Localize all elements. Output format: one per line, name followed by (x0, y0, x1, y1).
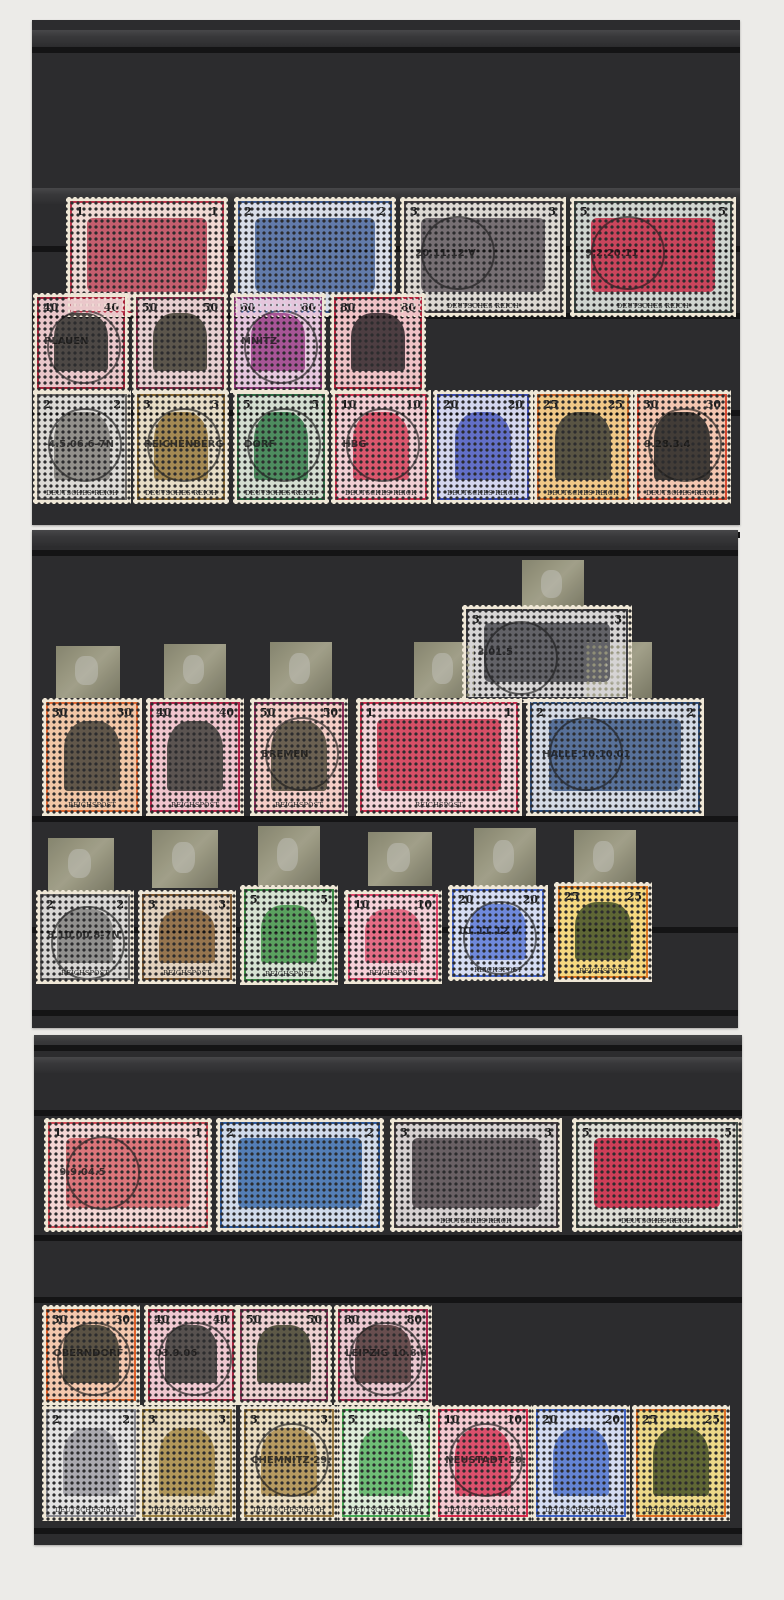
stamp-legend: DEUTSCHES REICH (346, 1506, 426, 1514)
postmark-text: 9.9.04.5 (59, 1167, 105, 1178)
stamp-legend: REICHSPOST (258, 801, 340, 809)
stamp-legend: REICHSPOST (562, 967, 644, 975)
stamp-value-right: 10 (406, 398, 421, 411)
stamp-value-right: 3 (320, 1413, 328, 1426)
postmark-text: 9.28.3.4 (644, 439, 690, 450)
stamp-value-right: 3 (614, 613, 622, 626)
stamp-legend: DEUTSCHES REICH (540, 1506, 622, 1514)
stamp-design: 119.9.04.5 (48, 1122, 208, 1228)
stamp[interactable]: 22DEUTSCHES REICH-4.5.06.6-7N (33, 390, 131, 504)
stamp-value-right: 25 (627, 890, 642, 903)
stamp-value-right: 3 (218, 898, 226, 911)
stamp-value-left: 30 (52, 1313, 67, 1326)
stamp[interactable]: 2525DEUTSCHES REICH (632, 1405, 730, 1521)
stamp-value-left: 3 (472, 613, 480, 626)
stamp-value-right: 5 (320, 893, 328, 906)
postmark-text: -4.5.06.6-7N (44, 439, 114, 450)
postmark-text: 3.01.5 (477, 647, 512, 658)
stamp-hinge (258, 826, 320, 886)
stamp[interactable]: 55DEUTSCHES REICH (338, 1405, 434, 1521)
stamp-design: 6060MNITZ (234, 297, 322, 389)
stock-strip (34, 1110, 742, 1116)
postmark-text: LEIPZIG 10.8.07 (345, 1348, 428, 1359)
stamp-design: 1010DEUTSCHES REICHHBG (335, 394, 427, 500)
stamp[interactable]: 11REICHSPOST (356, 698, 522, 816)
stamp-design: 55DEUTSCHES REICH9.2.20.11 (574, 201, 732, 313)
stamp[interactable]: 404003.9.06 (144, 1305, 238, 1405)
stamp-value-left: 30 (52, 706, 67, 719)
stamp[interactable]: 4040PLAUEN (33, 293, 129, 393)
stamp[interactable]: 1010DEUTSCHES REICHNEUSTADT 20.4.05 (434, 1405, 532, 1521)
stamp-design: 1010DEUTSCHES REICHNEUSTADT 20.4.05 (438, 1409, 528, 1517)
stamp-design: 2525REICHSPOST (558, 886, 648, 978)
stamp[interactable]: 55DEUTSCHES REICH (572, 1118, 742, 1232)
stamp-legend: DEUTSCHES REICH (50, 1506, 132, 1514)
stamp-value-right: 40 (104, 301, 119, 314)
stamp-value-right: 5 (724, 1126, 732, 1139)
stamp-value-right: 3 (544, 1126, 552, 1139)
stamp[interactable]: 6060MNITZ (230, 293, 326, 393)
stamp-legend: DEUTSCHES REICH (339, 489, 423, 497)
stamp-design: 1010REICHSPOST (348, 894, 438, 980)
stamp-legend: DEUTSCHES REICH (146, 1506, 228, 1514)
stamp-value-left: 80 (344, 1313, 359, 1326)
stamp-legend: DEUTSCHES REICH (640, 1506, 722, 1514)
stamp-value-left: 25 (642, 1413, 657, 1426)
postmark-text: REICHENBERG (144, 439, 224, 450)
postmark-ring (484, 621, 558, 695)
stamp-value-left: 25 (543, 398, 558, 411)
stamp-legend: REICHSPOST (146, 969, 228, 977)
stamp-design: 2525DEUTSCHES REICH (636, 1409, 726, 1517)
stamp-value-right: 2 (366, 1126, 374, 1139)
protective-film-strip (32, 530, 738, 546)
stamp-hinge (56, 646, 120, 698)
stamp-value-right: 5 (718, 205, 726, 218)
stamp-value-right: 10 (507, 1413, 522, 1426)
stock-strip (32, 816, 738, 822)
stamp-legend: DEUTSCHES REICH (442, 1506, 524, 1514)
stamp-value-left: 1 (54, 1126, 62, 1139)
postmark-text: CHEMNITZ 29.7.12 (251, 1455, 334, 1466)
stamp[interactable]: 8080 (330, 293, 426, 393)
stamp-design: 3030REICHSPOST (46, 702, 138, 812)
stamp-legend: DEUTSCHES REICH (541, 489, 625, 497)
stamp[interactable]: 5050 (132, 293, 228, 393)
stamp-value-left: 1 (76, 205, 84, 218)
stamp-design: 33REICHSPOST (142, 894, 232, 980)
stamp[interactable]: 22DEUTSCHES REICH (42, 1405, 140, 1521)
stamp-design: 4040REICHSPOST (150, 702, 240, 812)
stamp-value-left: 30 (643, 398, 658, 411)
stamp-design: 8080LEIPZIG 10.8.07 (338, 1309, 428, 1401)
stamp-value-left: 2 (226, 1126, 234, 1139)
stamp[interactable]: 1010DEUTSCHES REICHHBG (331, 390, 431, 504)
stamp-design: 8080 (334, 297, 422, 389)
stamp-value-right: 1 (210, 205, 218, 218)
postmark-text: 9.2.20.11 (585, 248, 638, 259)
stamp-hinge (48, 838, 114, 892)
stamp-hinge (270, 642, 332, 698)
stamp-value-left: 40 (154, 1313, 169, 1326)
stamp-value-left: 5 (582, 1126, 590, 1139)
stamp[interactable]: 2525REICHSPOST (554, 882, 652, 982)
stamp-legend: DEUTSCHES REICH (441, 489, 525, 497)
stamp-value-right: 1 (504, 706, 512, 719)
stamp-value-right: 3 (218, 1413, 226, 1426)
postmark-text: OBERNDORF (53, 1348, 123, 1359)
stamp-value-left: 10 (341, 398, 356, 411)
stamp-design: 2020REICHSPOST01.11.12 V. (452, 889, 544, 977)
stamp[interactable]: 333.01.5 (462, 605, 632, 703)
stamp[interactable]: 1010REICHSPOST (344, 890, 442, 984)
stamp-design: 3030OBERNDORF (46, 1309, 136, 1401)
stamp[interactable]: 4040REICHSPOST (146, 698, 244, 816)
stamp-value-left: 5 (243, 398, 251, 411)
stamp-value-right: 3 (211, 398, 219, 411)
stamp-value-left: 25 (564, 890, 579, 903)
stamp-design: 22DEUTSCHES REICH-4.5.06.6-7N (37, 394, 127, 500)
stamp[interactable]: 3030DEUTSCHES REICH9.28.3.4 (633, 390, 731, 504)
stamp[interactable]: 33REICHSPOST (138, 890, 236, 984)
stamp-value-right: 25 (705, 1413, 720, 1426)
stamp-value-right: 3 (548, 205, 556, 218)
stamp-value-right: 30 (117, 706, 132, 719)
stamp-design: 3030DEUTSCHES REICH9.28.3.4 (637, 394, 727, 500)
postmark-ring (51, 906, 125, 980)
stamp-design: 4040PLAUEN (37, 297, 125, 389)
stamp[interactable]: 3030OBERNDORF (42, 1305, 140, 1405)
stamp-design: 404003.9.06 (148, 1309, 234, 1401)
stamp-value-left: 3 (148, 898, 156, 911)
stamp-value-left: 20 (458, 893, 473, 906)
stamp-value-right: 50 (307, 1313, 322, 1326)
stamp-value-right: 80 (407, 1313, 422, 1326)
stamp-design: 22DEUTSCHES REICH (46, 1409, 136, 1517)
stamp-value-right: 50 (323, 706, 338, 719)
stock-strip (34, 1297, 742, 1303)
stamp-legend: REICHSPOST (154, 801, 236, 809)
stamp-value-left: 3 (410, 205, 418, 218)
stamp-value-right: 20 (605, 1413, 620, 1426)
stock-strip (32, 47, 740, 53)
stamp-legend: REICHSPOST (50, 801, 134, 809)
stamp-design: 2020DEUTSCHES REICH (437, 394, 529, 500)
stamp-legend: REICHSPOST (352, 969, 434, 977)
stock-strip (34, 1235, 742, 1241)
stamp-design: 22REICHSPOST8.10.00.8-7N (40, 894, 130, 980)
stamp-legend: DEUTSCHES REICH (41, 489, 123, 497)
stamp-value-left: 60 (240, 301, 255, 314)
stamp-value-left: 50 (260, 706, 275, 719)
stamp[interactable]: 5050REICHSPOSTBREMEN (250, 698, 348, 816)
stamp[interactable]: 22REICHSPOST8.10.00.8-7N (36, 890, 134, 984)
stamp-design: 2020DEUTSCHES REICH (536, 1409, 626, 1517)
stamp[interactable]: 8080LEIPZIG 10.8.07 (334, 1305, 432, 1405)
stamp-value-left: 5 (250, 893, 258, 906)
stamp-value-left: 3 (143, 398, 151, 411)
protective-film-strip (32, 30, 740, 46)
postmark-text: PLAUEN (44, 336, 88, 347)
stamp-value-right: 20 (508, 398, 523, 411)
stamp-design: 22 (220, 1122, 380, 1228)
stamp[interactable]: 2020DEUTSCHES REICH (433, 390, 533, 504)
stamp-value-right: 60 (301, 301, 316, 314)
protective-film-strip (34, 1057, 742, 1073)
stamp-value-left: 20 (542, 1413, 557, 1426)
stamp-value-left: 3 (250, 1413, 258, 1426)
stamp[interactable]: 3030REICHSPOST (42, 698, 142, 816)
postmark-text: HBG (342, 439, 366, 450)
stamp-value-left: 2 (46, 898, 54, 911)
stamp[interactable]: 33DEUTSCHES REICHCHEMNITZ 29.7.12 (240, 1405, 338, 1521)
stamp-value-left: 2 (43, 398, 51, 411)
stamp[interactable]: 33DEUTSCHES REICH (138, 1405, 236, 1521)
stamp-design: 55REICHSPOST (244, 889, 334, 981)
stamp-value-left: 3 (400, 1126, 408, 1139)
stamp-value-right: 2 (113, 398, 121, 411)
stamp-value-right: 2 (686, 706, 694, 719)
postmark-text: HALLE 10.10.01 (542, 749, 631, 760)
stamp-value-right: 2 (378, 205, 386, 218)
stamp-legend: DEUTSCHES REICH (398, 1217, 554, 1225)
stamp-value-left: 50 (246, 1313, 261, 1326)
stamp[interactable]: 33DEUTSCHES REICHREICHENBERG (133, 390, 229, 504)
stamp-hinge (164, 644, 226, 698)
stamp-design: 33DEUTSCHES REICHREICHENBERG (137, 394, 225, 500)
stamp-legend: DEUTSCHES REICH (578, 302, 728, 310)
stamp-value-left: 10 (444, 1413, 459, 1426)
stamp-value-left: 1 (366, 706, 374, 719)
stamp-value-left: 3 (148, 1413, 156, 1426)
stock-strip (32, 550, 738, 556)
stamp-design: 33DEUTSCHES REICH20.11.12 V (404, 201, 562, 313)
stamp-value-left: 40 (156, 706, 171, 719)
stamp-design: 11REICHSPOST (360, 702, 518, 812)
stamp-value-right: 40 (213, 1313, 228, 1326)
stamp-design: 22HALLE 10.10.01 (530, 702, 700, 812)
stamp-design: 5050 (136, 297, 224, 389)
stamp-value-left: 50 (142, 301, 157, 314)
stamp[interactable]: 22HALLE 10.10.01 (526, 698, 704, 816)
stock-strip (34, 1528, 742, 1534)
stamp-value-right: 2 (116, 898, 124, 911)
stamp-hinge (574, 830, 636, 886)
postmark-text: 20.11.12 V (415, 248, 476, 259)
stamp[interactable]: 2020REICHSPOST01.11.12 V. (448, 885, 548, 981)
stamp-legend: REICHSPOST (248, 970, 330, 978)
stock-strip (34, 1045, 742, 1051)
stamp-hinge (474, 828, 536, 888)
stamp[interactable]: 55DEUTSCHES REICHDORF (233, 390, 329, 504)
stamp-value-left: 40 (43, 301, 58, 314)
stamp-value-right: 5 (416, 1413, 424, 1426)
stamp-value-left: 2 (52, 1413, 60, 1426)
stamp-value-right: 25 (608, 398, 623, 411)
stamp-value-right: 40 (219, 706, 234, 719)
postmark-text: 8.10.00.8-7N (47, 930, 120, 941)
stamp-legend: DEUTSCHES REICH (241, 489, 321, 497)
stamp-hinge (522, 560, 584, 610)
stamp-legend: REICHSPOST (364, 801, 514, 809)
stamp-value-right: 1 (194, 1126, 202, 1139)
stamp[interactable]: 2525DEUTSCHES REICH (533, 390, 633, 504)
postmark-text: NEUSTADT 20.4.05 (445, 1455, 528, 1466)
stamp-design: 55DEUTSCHES REICH (342, 1409, 430, 1517)
stamp-design: 5050REICHSPOSTBREMEN (254, 702, 344, 812)
stamp[interactable]: 55REICHSPOST (240, 885, 338, 985)
stamp-value-left: 20 (443, 398, 458, 411)
stamp-value-right: 10 (417, 898, 432, 911)
stamp-value-left: 2 (244, 205, 252, 218)
stamp-value-left: 2 (536, 706, 544, 719)
stamp-value-right: 80 (401, 301, 416, 314)
stamp-legend: DEUTSCHES REICH (580, 1217, 734, 1225)
stamp[interactable]: 2020DEUTSCHES REICH (532, 1405, 630, 1521)
stamp[interactable]: 119.9.04.5 (44, 1118, 212, 1232)
stamp-design: 33DEUTSCHES REICHCHEMNITZ 29.7.12 (244, 1409, 334, 1517)
stamp-value-left: 5 (580, 205, 588, 218)
stamp-legend: DEUTSCHES REICH (248, 1506, 330, 1514)
stamp-design: 2525DEUTSCHES REICH (537, 394, 629, 500)
stamp[interactable]: 55DEUTSCHES REICH9.2.20.11 (570, 197, 736, 317)
stamp-value-left: 10 (354, 898, 369, 911)
stamp[interactable]: 33DEUTSCHES REICH (390, 1118, 562, 1232)
stock-strip (32, 1010, 738, 1016)
stamp-legend: DEUTSCHES REICH (141, 489, 221, 497)
stamp-hinge (368, 832, 432, 886)
stamp-value-right: 20 (523, 893, 538, 906)
postmark-text: 03.9.06 (155, 1348, 197, 1359)
stamp-value-left: 5 (348, 1413, 356, 1426)
postmark-text: 01.11.12 V. (459, 926, 522, 937)
postmark-text: MNITZ (241, 336, 277, 347)
stamp-design: 33DEUTSCHES REICH (142, 1409, 232, 1517)
stamp-value-right: 5 (311, 398, 319, 411)
stamp-legend: DEUTSCHES REICH (408, 302, 558, 310)
stamp-legend: DEUTSCHES REICH (641, 489, 723, 497)
stamp-value-right: 50 (203, 301, 218, 314)
postmark-text: BREMEN (261, 749, 308, 760)
stamp-value-right: 30 (115, 1313, 130, 1326)
stamp-value-left: 80 (340, 301, 355, 314)
stamp-design: 333.01.5 (466, 609, 628, 699)
stamp-hinge (152, 830, 218, 888)
stamp-value-right: 30 (706, 398, 721, 411)
stamp[interactable]: 5050 (236, 1305, 332, 1405)
stamp-design: 5050 (240, 1309, 328, 1401)
postmark-text: DORF (244, 439, 275, 450)
stamp-design: 33DEUTSCHES REICH (394, 1122, 558, 1228)
stamp-value-right: 2 (122, 1413, 130, 1426)
postmark-ring (463, 901, 537, 975)
stamp-design: 55DEUTSCHES REICH (576, 1122, 738, 1228)
stamp[interactable]: 22 (216, 1118, 384, 1232)
stamp-design: 55DEUTSCHES REICHDORF (237, 394, 325, 500)
